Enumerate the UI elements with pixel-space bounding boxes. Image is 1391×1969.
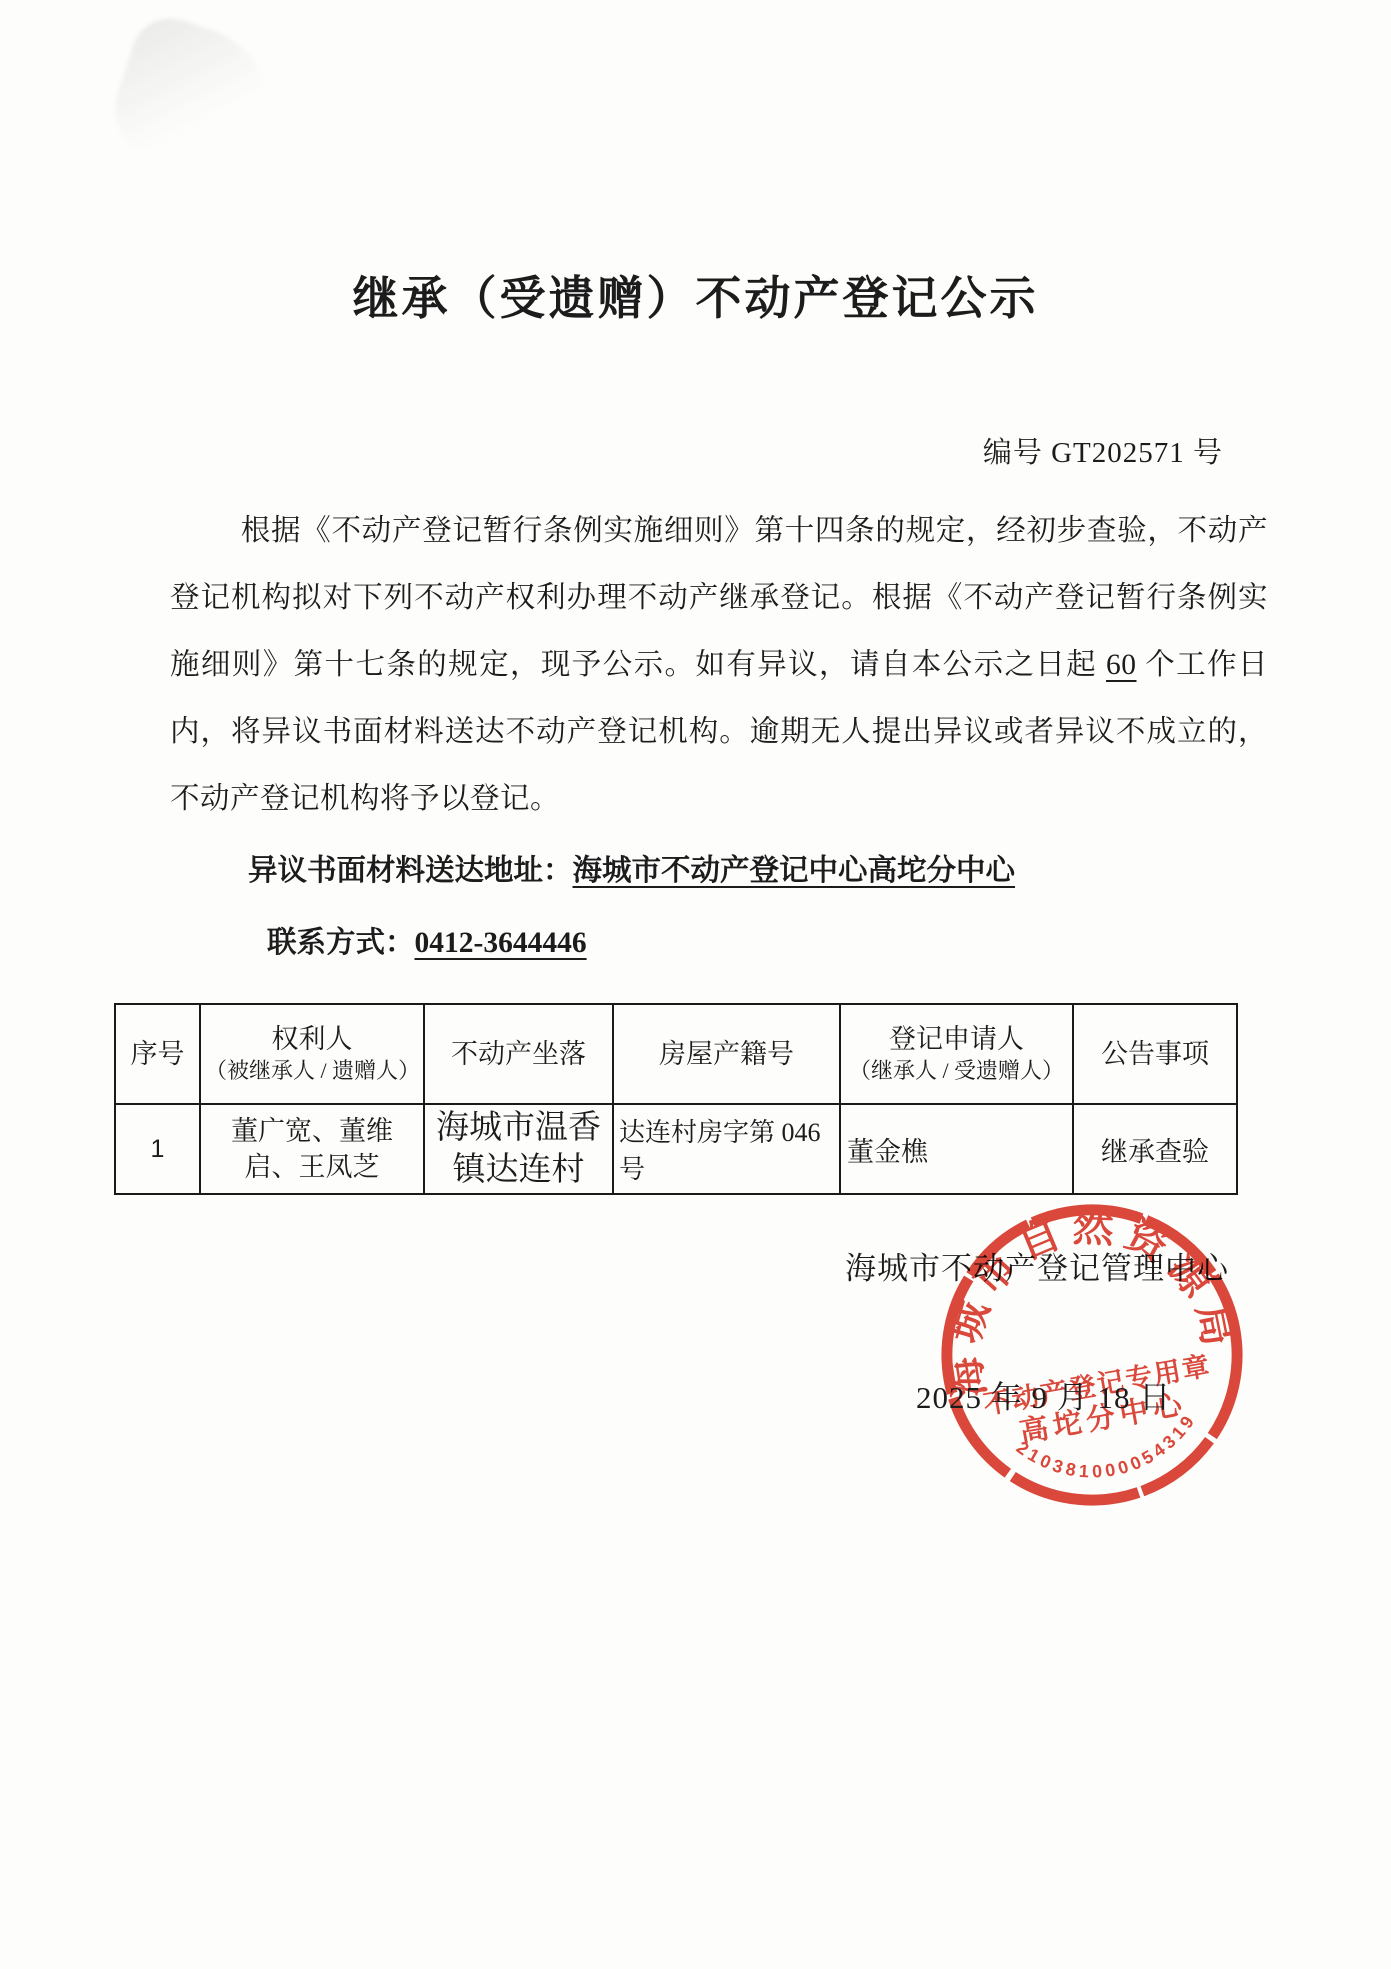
objection-address-line: 异议书面材料送达地址：海城市不动产登记中心高坨分中心: [248, 838, 1015, 905]
col-header-owner: 权利人 （被继承人 / 遗赠人）: [200, 1004, 424, 1104]
col-header-applicant: 登记申请人 （继承人 / 受遗赠人）: [840, 1004, 1073, 1104]
body-paragraph-lead: 根据《不动产登记暂行条例实施细则》第十四条的规定，经初步查验，不动产登记机构拟对…: [170, 515, 1268, 681]
contact-line: 联系方式：0412-3644446: [267, 910, 587, 977]
scan-smudge: [102, 8, 288, 188]
signature-date: 2025 年 9 月 18 日: [916, 1372, 1171, 1417]
col-header-matter: 公告事项: [1073, 1004, 1237, 1104]
col-header-houseno-label: 房屋产籍号: [618, 1037, 835, 1071]
official-seal: 海城市自然资源局 不动产登记专用章 高坨分中心 210381000054319: [908, 1171, 1276, 1539]
table-row: 1 董广宽、董维启、王凤芝 海城市温香镇达连村 达连村房字第 046 号 董金樵…: [115, 1104, 1237, 1194]
body-paragraph: 根据《不动产登记暂行条例实施细则》第十四条的规定，经初步查验，不动产登记机构拟对…: [170, 498, 1268, 833]
col-header-seq-label: 序号: [120, 1037, 195, 1071]
address-value: 海城市不动产登记中心高坨分中心: [573, 855, 1016, 887]
table-header-row: 序号 权利人 （被继承人 / 遗赠人） 不动产坐落 房屋产籍号 登记申请人 （继…: [115, 1004, 1237, 1104]
col-header-owner-sublabel: （被继承人 / 遗赠人）: [205, 1056, 419, 1086]
col-header-applicant-sublabel: （继承人 / 受遗赠人）: [845, 1056, 1068, 1086]
col-header-matter-label: 公告事项: [1078, 1037, 1232, 1071]
cell-location: 海城市温香镇达连村: [424, 1104, 613, 1194]
contact-label: 联系方式：: [267, 927, 415, 959]
doc-number: 编号 GT202571 号: [983, 430, 1223, 471]
cell-applicant: 董金樵: [840, 1104, 1073, 1194]
page-title: 继承（受遗赠）不动产登记公示: [0, 262, 1391, 328]
col-header-seq: 序号: [115, 1004, 200, 1104]
notice-table: 序号 权利人 （被继承人 / 遗赠人） 不动产坐落 房屋产籍号 登记申请人 （继…: [114, 1003, 1238, 1195]
col-header-applicant-label: 登记申请人: [845, 1022, 1068, 1056]
col-header-location-label: 不动产坐落: [429, 1037, 608, 1071]
cell-owner: 董广宽、董维启、王凤芝: [200, 1104, 424, 1194]
notice-document-page: 继承（受遗赠）不动产登记公示 编号 GT202571 号 根据《不动产登记暂行条…: [0, 0, 1391, 1969]
col-header-owner-label: 权利人: [205, 1022, 419, 1056]
col-header-location: 不动产坐落: [424, 1004, 613, 1104]
cell-seq: 1: [115, 1104, 200, 1194]
objection-days: 60: [1106, 649, 1137, 681]
cell-houseno: 达连村房字第 046 号: [613, 1104, 840, 1194]
contact-phone: 0412-3644446: [415, 927, 587, 959]
address-label: 异议书面材料送达地址：: [248, 855, 573, 887]
col-header-houseno: 房屋产籍号: [613, 1004, 840, 1104]
